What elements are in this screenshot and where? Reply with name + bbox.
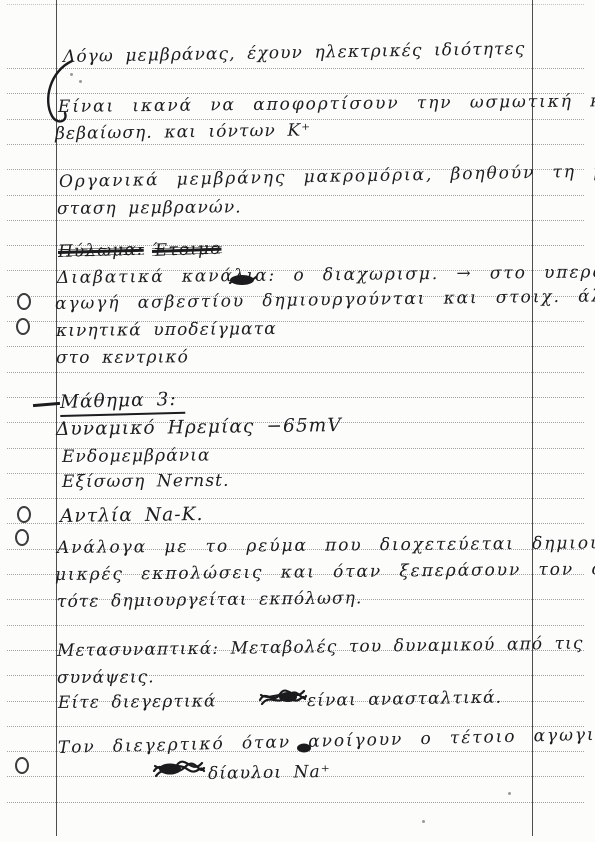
ruled-line — [7, 372, 584, 373]
lesson-heading: Μάθημα 3: — [60, 389, 186, 417]
ink-scribble — [152, 756, 206, 780]
punch-hole — [17, 506, 31, 523]
handwritten-line: Είτε διεγερτικά — [58, 690, 217, 714]
ruled-line — [7, 195, 584, 196]
handwritten-line: Λόγω μεμβράνας, έχουν ηλεκτρικές ιδιότητ… — [63, 38, 526, 68]
handwritten-line: τότε δημιουργείται εκπόλωση. — [57, 587, 363, 613]
handwritten-line: Διαβατικά κανάλια: ο διαχωρισμ. → στο υπ… — [57, 261, 595, 289]
ruled-line — [7, 625, 584, 626]
ruled-line-top — [7, 4, 584, 5]
handwritten-line: κινητικά υποδείγματα — [56, 318, 277, 342]
handwritten-line: Ανάλογα με το ρεύμα που διοχετεύεται δημ… — [57, 531, 595, 559]
handwritten-line: Τον διεγερτικό όταν ανοίγουν ο τέτοιο αγ… — [58, 722, 595, 759]
ruled-line — [7, 498, 584, 499]
right-margin-line — [532, 0, 533, 836]
punch-hole — [17, 293, 31, 310]
handwritten-line: σταση μεμβρανών. — [57, 196, 242, 220]
scan-speck — [79, 80, 82, 83]
handwritten-line: στο κεντρικό — [56, 346, 189, 369]
struck-word: Πύλωμα: — [58, 239, 144, 263]
punch-hole — [15, 757, 29, 774]
scan-speck — [508, 792, 511, 795]
struck-word: Έτοιμο — [152, 238, 222, 262]
handwritten-line: συνάψεις. — [57, 666, 155, 689]
handwritten-line: δίαυλοι Na⁺ — [208, 761, 331, 785]
ink-scribble — [228, 273, 258, 287]
scan-speck — [422, 820, 425, 823]
handwritten-line: είναι ανασταλτικά. — [307, 687, 502, 712]
handwritten-line: Ενδομεμβράνια — [62, 444, 211, 468]
handwritten-line: Οργανικά μεμβράνης μακρομόρια, βοηθούν τ… — [59, 159, 595, 193]
notebook-page: Λόγω μεμβράνας, έχουν ηλεκτρικές ιδιότητ… — [0, 0, 595, 842]
ink-scribble — [258, 686, 308, 708]
ruled-line — [7, 802, 584, 803]
ink-scribble — [296, 742, 312, 754]
handwritten-line: μικρές εκπολώσεις και όταν ξεπεράσουν το… — [55, 558, 595, 586]
ruled-line — [7, 220, 584, 221]
punch-hole — [15, 529, 29, 546]
handwritten-line: αγωγή ασβεστίου δημιουργούνται και στοιχ… — [55, 284, 595, 315]
scan-speck — [70, 73, 73, 76]
ruled-line — [7, 68, 584, 69]
pen-curve-mark — [42, 58, 76, 130]
handwritten-line: Δυναμικό Ηρεμίας −65mV — [56, 415, 342, 441]
handwritten-line: βεβαίωση. και ιόντων K⁺ — [55, 119, 312, 145]
punch-hole — [16, 318, 30, 335]
handwritten-line: Αντλία Na-K. — [60, 504, 204, 528]
handwritten-line: Εξίσωση Nernst. — [62, 470, 230, 493]
handwritten-line: Μετασυναπτικά: Μεταβολές του δυναμικού α… — [57, 633, 584, 662]
